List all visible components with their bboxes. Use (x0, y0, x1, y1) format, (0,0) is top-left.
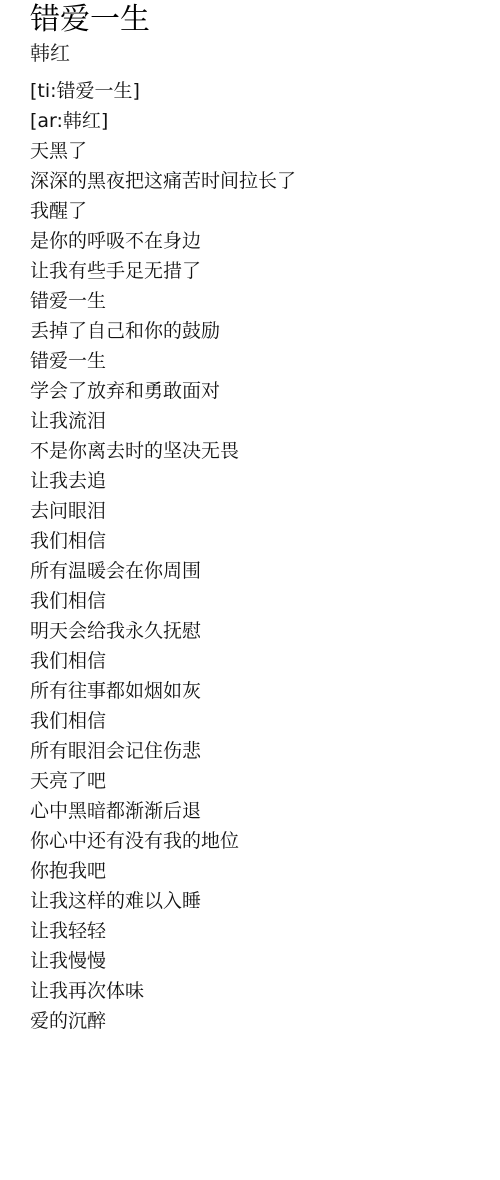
lyric-line: 让我慢慢 (30, 946, 490, 976)
lyric-line: 你心中还有没有我的地位 (30, 826, 490, 856)
lyric-line: 天黑了 (30, 136, 490, 166)
lyric-line: 深深的黑夜把这痛苦时间拉长了 (30, 166, 490, 196)
lyrics-list: [ti:错爱一生] [ar:韩红] 天黑了 深深的黑夜把这痛苦时间拉长了 我醒了… (30, 76, 490, 1036)
lyric-line: 学会了放弃和勇敢面对 (30, 376, 490, 406)
lyric-line: 让我这样的难以入睡 (30, 886, 490, 916)
lyric-line: 明天会给我永久抚慰 (30, 616, 490, 646)
lyric-line: 让我有些手足无措了 (30, 256, 490, 286)
lyric-line: 我们相信 (30, 706, 490, 736)
lyric-line: [ti:错爱一生] (30, 76, 490, 106)
lyrics-page: 错爱一生 韩红 [ti:错爱一生] [ar:韩红] 天黑了 深深的黑夜把这痛苦时… (30, 0, 490, 1036)
lyric-line: [ar:韩红] (30, 106, 490, 136)
lyric-line: 让我流泪 (30, 406, 490, 436)
lyric-line: 爱的沉醉 (30, 1006, 490, 1036)
lyric-line: 丢掉了自己和你的鼓励 (30, 316, 490, 346)
lyric-line: 心中黑暗都渐渐后退 (30, 796, 490, 826)
lyric-line: 所有往事都如烟如灰 (30, 676, 490, 706)
lyric-line: 我醒了 (30, 196, 490, 226)
lyric-line: 让我再次体味 (30, 976, 490, 1006)
lyric-line: 让我去追 (30, 466, 490, 496)
lyric-line: 我们相信 (30, 586, 490, 616)
song-artist: 韩红 (30, 38, 490, 68)
lyric-line: 去问眼泪 (30, 496, 490, 526)
lyric-line: 错爱一生 (30, 346, 490, 376)
lyric-line: 不是你离去时的坚决无畏 (30, 436, 490, 466)
lyric-line: 天亮了吧 (30, 766, 490, 796)
lyric-line: 让我轻轻 (30, 916, 490, 946)
lyric-line: 所有温暖会在你周围 (30, 556, 490, 586)
lyric-line: 我们相信 (30, 526, 490, 556)
song-title: 错爱一生 (30, 2, 490, 38)
lyric-line: 错爱一生 (30, 286, 490, 316)
lyric-line: 我们相信 (30, 646, 490, 676)
lyric-line: 是你的呼吸不在身边 (30, 226, 490, 256)
lyric-line: 所有眼泪会记住伤悲 (30, 736, 490, 766)
lyric-line: 你抱我吧 (30, 856, 490, 886)
